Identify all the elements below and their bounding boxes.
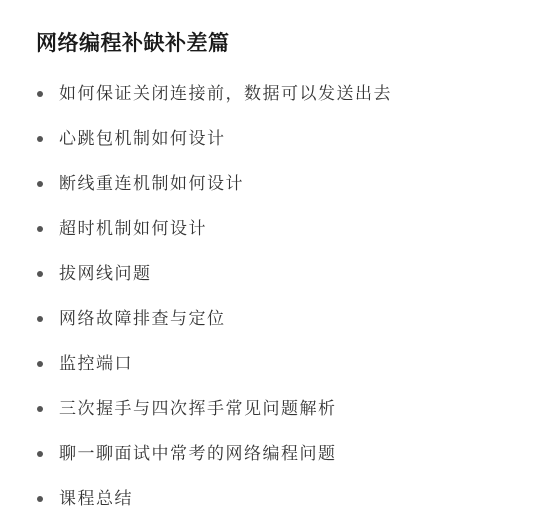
list-item-label: 聊一聊面试中常考的网络编程问题	[59, 444, 337, 464]
list-item-label: 网络故障排查与定位	[59, 309, 226, 329]
bullet-icon	[37, 406, 43, 412]
bullet-icon	[37, 316, 43, 322]
list-item: 监控端口	[0, 349, 392, 394]
list-item: 拔网线问题	[0, 259, 392, 304]
list-item: 超时机制如何设计	[0, 214, 392, 259]
list-item-label: 拔网线问题	[59, 264, 152, 284]
list-item-label: 超时机制如何设计	[59, 219, 207, 239]
list-item-label: 三次握手与四次挥手常见问题解析	[59, 399, 337, 419]
bullet-icon	[37, 226, 43, 232]
bullet-icon	[37, 181, 43, 187]
list-item-label: 如何保证关闭连接前，数据可以发送出去	[59, 84, 392, 104]
list-item-label: 断线重连机制如何设计	[59, 174, 244, 194]
list-item: 课程总结	[0, 484, 392, 527]
list-item: 如何保证关闭连接前，数据可以发送出去	[0, 79, 392, 124]
list-item: 心跳包机制如何设计	[0, 124, 392, 169]
list-item: 聊一聊面试中常考的网络编程问题	[0, 439, 392, 484]
list-item-label: 监控端口	[59, 354, 133, 374]
bullet-icon	[37, 136, 43, 142]
bullet-icon	[37, 361, 43, 367]
bullet-icon	[37, 451, 43, 457]
list-item-label: 课程总结	[59, 489, 133, 509]
list-item: 网络故障排查与定位	[0, 304, 392, 349]
bullet-icon	[37, 496, 43, 502]
bullet-icon	[37, 271, 43, 277]
document-page: 网络编程补缺补差篇 如何保证关闭连接前，数据可以发送出去 心跳包机制如何设计 断…	[0, 0, 545, 527]
list-item: 三次握手与四次挥手常见问题解析	[0, 394, 392, 439]
bullet-icon	[37, 91, 43, 97]
list-item-label: 心跳包机制如何设计	[59, 129, 226, 149]
section-title: 网络编程补缺补差篇	[36, 28, 230, 58]
list-item: 断线重连机制如何设计	[0, 169, 392, 214]
topic-list: 如何保证关闭连接前，数据可以发送出去 心跳包机制如何设计 断线重连机制如何设计 …	[0, 79, 392, 527]
